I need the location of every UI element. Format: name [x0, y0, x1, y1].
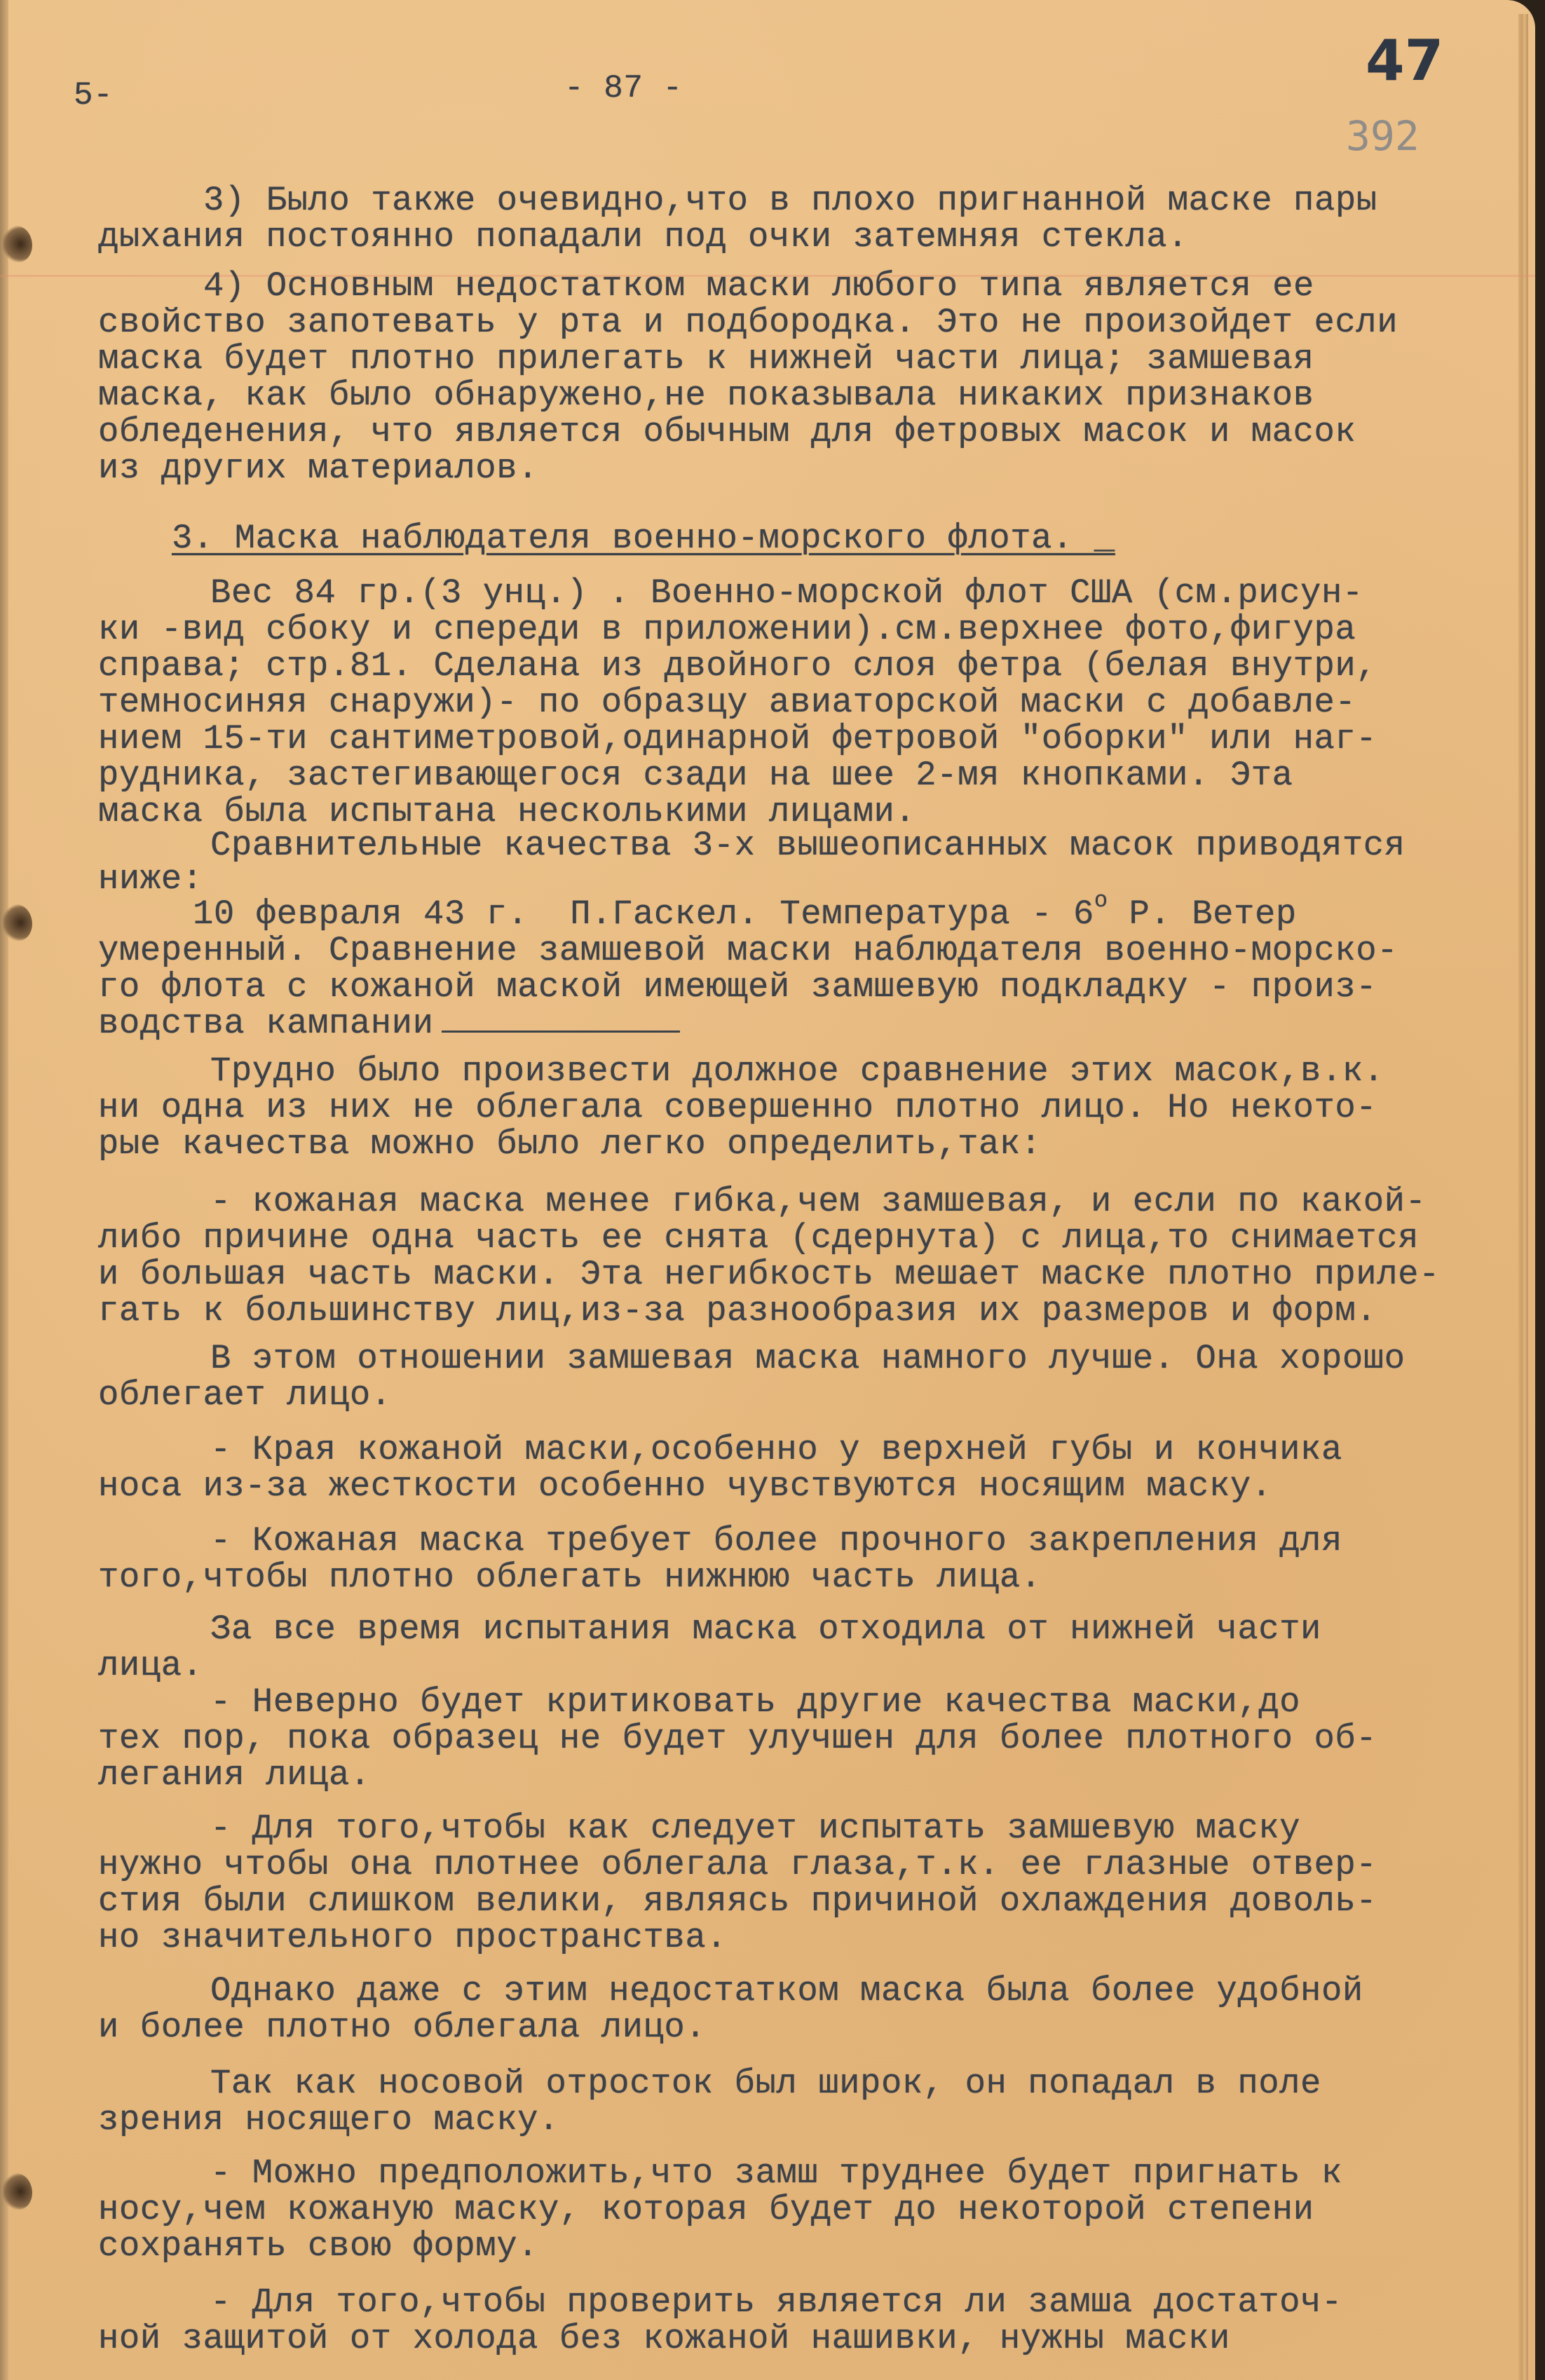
binding-hole [3, 226, 32, 262]
text-line: - Неверно будет критиковать другие качес… [210, 1682, 1300, 1722]
text-line: стия были слишком велики, являясь причин… [98, 1882, 1377, 1921]
text-line: Так как носовой отросток был широк, он п… [210, 2064, 1321, 2103]
text-line: Сравнительные качества 3-х вышеописанных… [210, 826, 1406, 865]
binding-hole [3, 904, 32, 941]
degree-symbol: о [1094, 888, 1108, 913]
text-line: тех пор, пока образец не будет улучшен д… [98, 1719, 1377, 1758]
text-line: справа; стр.81. Сделана из двойного слоя… [98, 646, 1377, 686]
text-line: и более плотно облегала лицо. [98, 2008, 706, 2047]
text-line: - Кожаная маска требует более прочного з… [210, 1521, 1342, 1560]
text-line: легания лица. [98, 1755, 371, 1795]
fill-in-blank [442, 1031, 680, 1033]
text-line: зрения носящего маску. [98, 2100, 559, 2140]
text-line: нужно чтобы она плотнее облегала глаза,т… [98, 1845, 1377, 1884]
binding-hole [3, 2173, 32, 2210]
archive-sheet-number: 47 [1366, 28, 1443, 93]
text-line: - Для того,чтобы как следует испытать за… [210, 1809, 1300, 1848]
text-line: водства кампании [98, 1004, 680, 1043]
text-line: темносиняя снаружи)- по образцу авиаторс… [98, 683, 1356, 722]
text-fragment: водства кампании [98, 1004, 433, 1043]
text-line: ниже: [98, 859, 203, 899]
page-right-edge [1518, 14, 1528, 2380]
text-line: из других материалов. [98, 449, 538, 488]
text-line: маска, как было обнаружено,не показывала… [98, 376, 1314, 415]
text-line: облегает лицо. [98, 1375, 392, 1415]
text-line: - Края кожаной маски,особенно у верхней … [210, 1430, 1342, 1469]
text-line: носу,чем кожаную маску, которая будет до… [98, 2190, 1314, 2229]
text-line: сохранять свою форму. [98, 2226, 538, 2266]
text-line: рудника, застегивающегося сзади на шее 2… [98, 756, 1293, 795]
text-line: маска будет плотно прилегать к нижней ча… [98, 339, 1314, 379]
text-line: рые качества можно было легко определить… [98, 1124, 1042, 1164]
text-line: В этом отношении замшевая маска намного … [210, 1339, 1406, 1378]
page-left-edge [0, 0, 8, 2380]
text-line: За все время испытания маска отходила от… [210, 1610, 1321, 1649]
test-wind: Р. Ветер [1108, 895, 1297, 934]
document-page: 5- - 87 - 47 392 3) Было также очевидно,… [0, 0, 1535, 2380]
text-line: и большая часть маски. Эта негибкость ме… [98, 1255, 1440, 1294]
text-line: го флота с кожаной маской имеющей замшев… [98, 967, 1377, 1007]
text-line: носа из-за жесткости особенно чувствуютс… [98, 1467, 1272, 1506]
text-line: 3) Было также очевидно,что в плохо пригн… [203, 181, 1377, 220]
text-line: нием 15-ти сантиметровой,одинарной фетро… [98, 719, 1377, 759]
section-heading: 3. Маска наблюдателя военно-морского фло… [172, 519, 1115, 558]
text-line: ки -вид сбоку и спереди в приложении).см… [98, 610, 1356, 649]
text-line: 4) Основным недостатком маски любого тип… [203, 266, 1314, 306]
text-line: гать к большинству лиц,из-за разнообрази… [98, 1291, 1377, 1331]
text-line: лица. [98, 1646, 203, 1685]
text-line: обледенения, что является обычным для фе… [98, 412, 1356, 451]
text-line: Вес 84 гр.(3 унц.) . Военно-морской флот… [210, 573, 1363, 613]
text-line: - Для того,чтобы проверить является ли з… [210, 2283, 1342, 2322]
text-line: умеренный. Сравнение замшевой маски набл… [98, 931, 1398, 970]
archive-secondary-number: 392 [1346, 112, 1420, 160]
text-line: - Можно предположить,что замш труднее бу… [210, 2154, 1342, 2193]
text-line: дыхания постоянно попадали под очки зате… [98, 217, 1188, 257]
text-line: того,чтобы плотно облегать нижнюю часть … [98, 1558, 1042, 1597]
text-line: свойство запотевать у рта и подбородка. … [98, 303, 1398, 342]
section-number: 5- [74, 77, 113, 114]
text-line: - кожаная маска менее гибка,чем замшевая… [210, 1182, 1426, 1221]
page-number: - 87 - [564, 70, 683, 107]
test-record-header: 10 февраля 43 г. П.Гаскел. Температура -… [193, 895, 1297, 934]
text-line: либо причине одна часть ее снята (сдерну… [98, 1218, 1419, 1258]
text-line: ни одна из них не облегала совершенно пл… [98, 1088, 1377, 1127]
text-line: Однако даже с этим недостатком маска был… [210, 1971, 1363, 2011]
text-line: но значительного пространства. [98, 1918, 727, 1957]
test-date-temp: 10 февраля 43 г. П.Гаскел. Температура -… [193, 895, 1094, 934]
text-line: ной защитой от холода без кожаной нашивк… [98, 2319, 1230, 2358]
text-line: Трудно было произвести должное сравнение… [210, 1052, 1384, 1091]
